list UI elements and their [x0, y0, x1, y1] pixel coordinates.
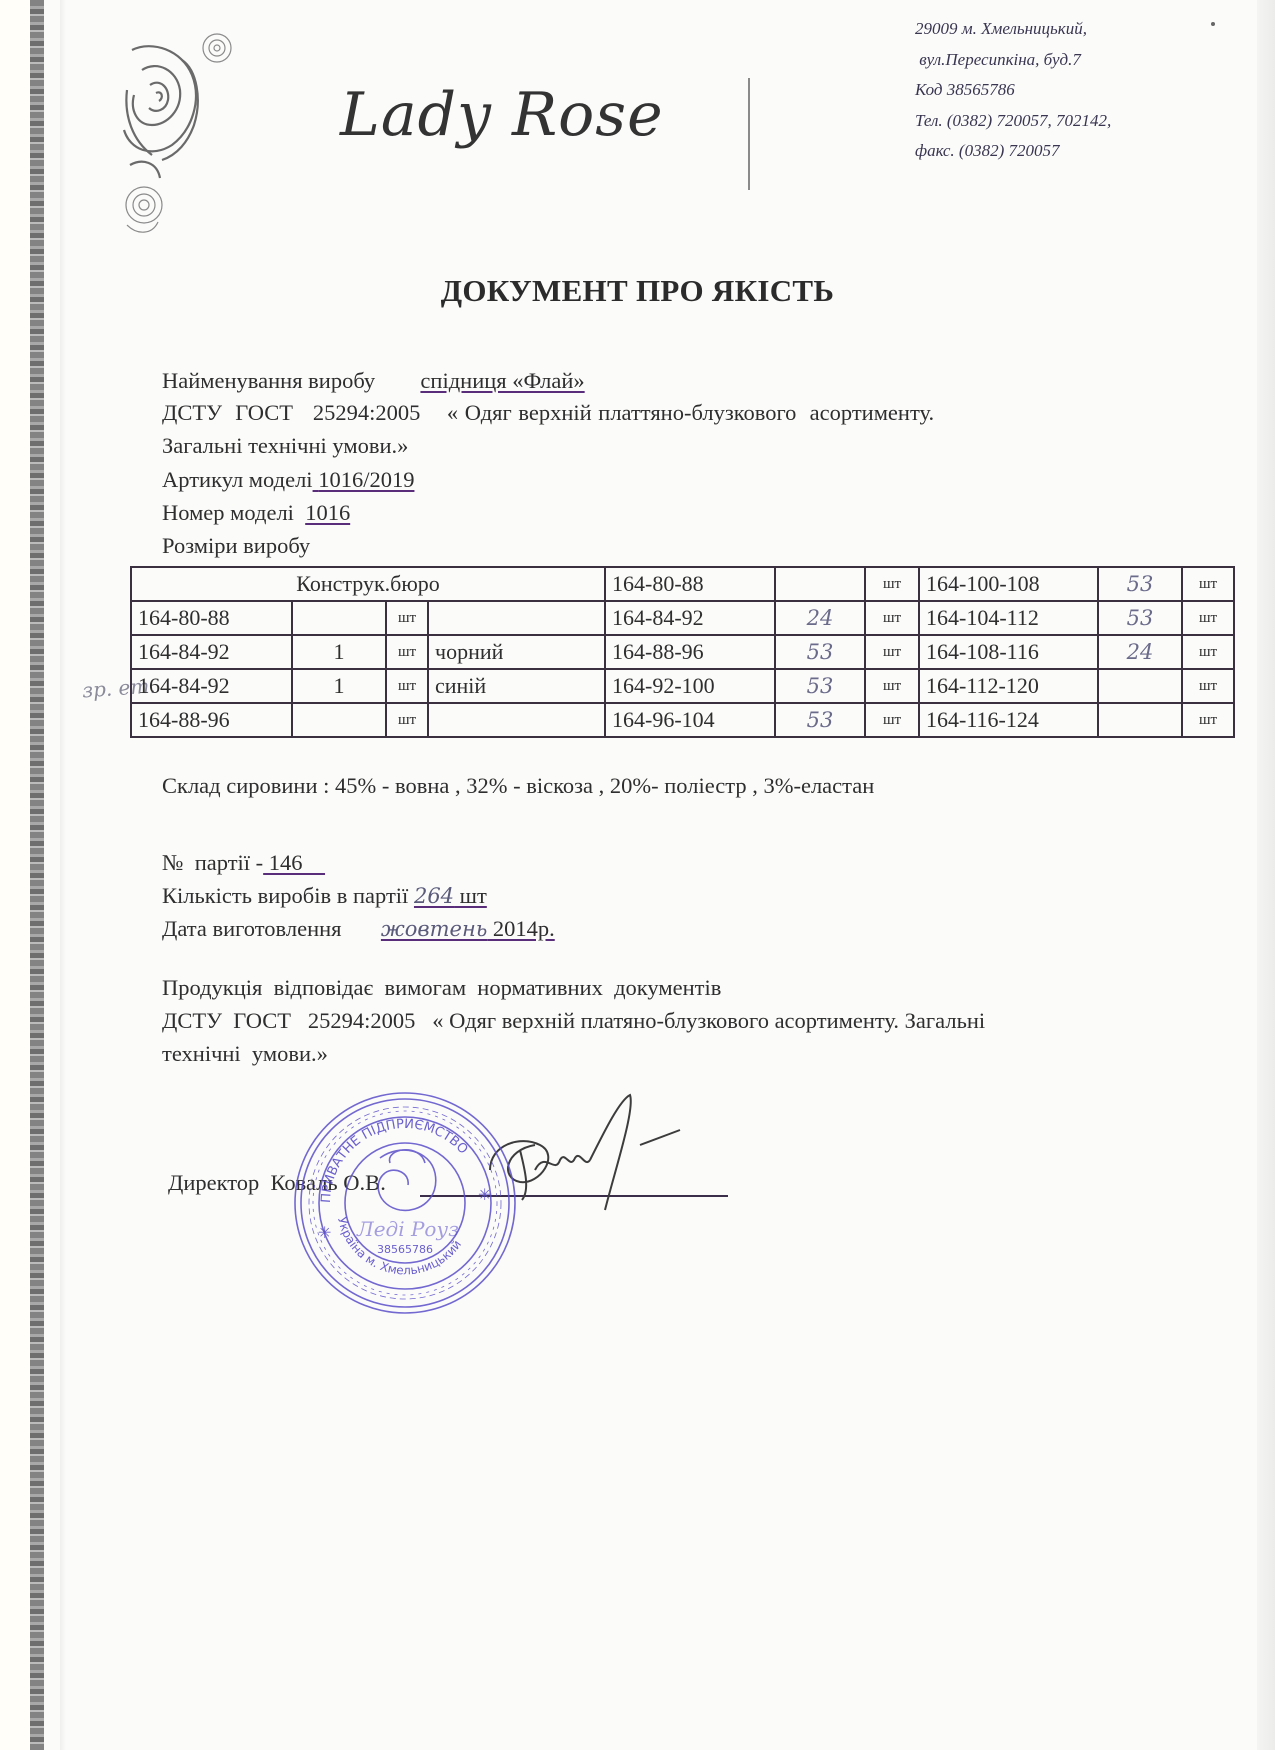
table-row: 164-80-88шт164-84-9224шт164-104-11253шт [131, 601, 1234, 635]
production-date-line: Дата виготовлення жовтень 2014р. [162, 916, 555, 942]
article-label: Артикул моделі [162, 467, 313, 492]
batch-count-label: Кількість виробів в партії [162, 883, 414, 908]
unit-cell: шт [865, 703, 919, 737]
qty-cell: 53 [1098, 567, 1182, 601]
bureau-color-cell: чорний [428, 635, 605, 669]
size-cell: 164-108-116 [919, 635, 1098, 669]
unit-cell: шт [1182, 669, 1234, 703]
conformity-line-3: технічні умови.» [162, 1041, 328, 1067]
batch-number-label: № партії - [162, 850, 263, 875]
bureau-size-cell: 164-84-92 [131, 669, 292, 703]
contact-address-street: вул.Пересипкіна, буд.7 [915, 45, 1111, 76]
size-cell: 164-100-108 [919, 567, 1098, 601]
size-cell: 164-92-100 [605, 669, 775, 703]
stamp-center-text: Леді Роуз [356, 1217, 459, 1241]
bureau-size-cell: 164-80-88 [131, 601, 292, 635]
page-right-edge [1257, 0, 1275, 1750]
unit-cell: шт [1182, 635, 1234, 669]
qty-cell: 53 [775, 703, 865, 737]
svg-text:✳: ✳ [318, 1223, 331, 1242]
bureau-unit-cell: шт [386, 703, 428, 737]
size-cell: 164-84-92 [605, 601, 775, 635]
batch-count-value: 264 [414, 884, 454, 908]
bureau-qty-cell: 1 [292, 635, 386, 669]
contact-fax: факс. (0382) 720057 [915, 136, 1111, 167]
product-name-label: Найменування виробу [162, 368, 375, 393]
bureau-unit-cell: шт [386, 669, 428, 703]
unit-cell: шт [1182, 703, 1234, 737]
bureau-color-cell: синій [428, 669, 605, 703]
bureau-size-cell: 164-84-92 [131, 635, 292, 669]
page-shadow [60, 0, 66, 1750]
header-divider [748, 78, 750, 190]
size-cell: 164-112-120 [919, 669, 1098, 703]
model-line: Номер моделі 1016 [162, 500, 350, 526]
bureau-qty-cell [292, 601, 386, 635]
bureau-unit-cell: шт [386, 635, 428, 669]
qty-cell [1098, 703, 1182, 737]
bureau-qty-cell [292, 703, 386, 737]
stamp-code: 38565786 [377, 1243, 433, 1256]
qty-cell [1098, 669, 1182, 703]
production-date-year: 2014р. [487, 916, 555, 941]
model-value: 1016 [305, 500, 350, 525]
contact-code: Код 38565786 [915, 75, 1111, 106]
article-value: 1016/2019 [313, 467, 415, 492]
article-number: 1016/2019 [318, 467, 414, 492]
bureau-color-cell [428, 601, 605, 635]
bureau-color-cell [428, 703, 605, 737]
unit-cell: шт [1182, 601, 1234, 635]
rose-ornament-icon [122, 30, 242, 250]
model-label: Номер моделі [162, 500, 294, 525]
contact-phone: Тел. (0382) 720057, 702142, [915, 106, 1111, 137]
standard-line-1: ДСТУ ГОСТ 25294:2005 « Одяг верхній плат… [162, 400, 934, 426]
scan-speck [1211, 22, 1215, 26]
qty-cell: 53 [775, 669, 865, 703]
product-name-value: спідниця «Флай» [420, 368, 584, 393]
batch-number-value: 146 [263, 850, 325, 875]
qty-cell: 53 [1098, 601, 1182, 635]
unit-cell: шт [865, 635, 919, 669]
svg-text:✳: ✳ [478, 1185, 491, 1204]
size-cell: 164-80-88 [605, 567, 775, 601]
composition-line: Склад сировини : 45% - вовна , 32% - віс… [162, 773, 874, 799]
qty-cell: 24 [1098, 635, 1182, 669]
sizes-table: Конструк.бюро164-80-88шт164-100-10853шт1… [130, 566, 1235, 738]
bureau-size-cell: 164-88-96 [131, 703, 292, 737]
table-row: 164-84-921штчорний164-88-9653шт164-108-1… [131, 635, 1234, 669]
unit-cell: шт [865, 669, 919, 703]
conformity-line-2: ДСТУ ГОСТ 25294:2005 « Одяг верхній плат… [162, 1008, 985, 1034]
production-date-label: Дата виготовлення [162, 916, 342, 941]
design-bureau-header: Конструк.бюро [131, 567, 605, 601]
unit-cell: шт [1182, 567, 1234, 601]
qty-cell: 24 [775, 601, 865, 635]
company-contacts: 29009 м. Хмельницький, вул.Пересипкіна, … [915, 14, 1111, 167]
table-row: 164-88-96шт164-96-10453шт164-116-124шт [131, 703, 1234, 737]
bureau-qty-cell: 1 [292, 669, 386, 703]
batch-count-field: 264 шт [414, 883, 487, 908]
table-row: Конструк.бюро164-80-88шт164-100-10853шт [131, 567, 1234, 601]
company-logo: Lady Rose [340, 80, 664, 150]
qty-cell: 53 [775, 635, 865, 669]
qty-cell [775, 567, 865, 601]
sizes-label: Розміри виробу [162, 533, 310, 559]
production-date-month: жовтень [381, 917, 487, 941]
size-cell: 164-88-96 [605, 635, 775, 669]
table-row: 164-84-921штсиній164-92-10053шт164-112-1… [131, 669, 1234, 703]
scan-edge [0, 0, 30, 1750]
scan-artifact-strip [30, 0, 44, 1750]
batch-count-line: Кількість виробів в партії 264 шт [162, 883, 487, 909]
conformity-line-1: Продукція відповідає вимогам нормативних… [162, 975, 721, 1001]
article-line: Артикул моделі 1016/2019 [162, 467, 414, 493]
production-date-field: жовтень 2014р. [381, 916, 555, 941]
document-title: ДОКУМЕНТ ПРО ЯКІСТЬ [0, 273, 1275, 309]
size-cell: 164-116-124 [919, 703, 1098, 737]
product-name-line: Найменування виробу спідниця «Флай» [162, 368, 585, 394]
unit-cell: шт [865, 567, 919, 601]
standard-line-2: Загальні технічні умови.» [162, 433, 408, 459]
contact-address-city: 29009 м. Хмельницький, [915, 14, 1111, 45]
bureau-unit-cell: шт [386, 601, 428, 635]
batch-number-line: № партії - 146 [162, 850, 325, 876]
unit-cell: шт [865, 601, 919, 635]
size-cell: 164-104-112 [919, 601, 1098, 635]
size-cell: 164-96-104 [605, 703, 775, 737]
batch-count-unit: шт [454, 883, 487, 908]
company-stamp: ПРИВАТНЕ ПІДПРИЄМСТВО Україна м. Хмельни… [290, 1088, 520, 1318]
